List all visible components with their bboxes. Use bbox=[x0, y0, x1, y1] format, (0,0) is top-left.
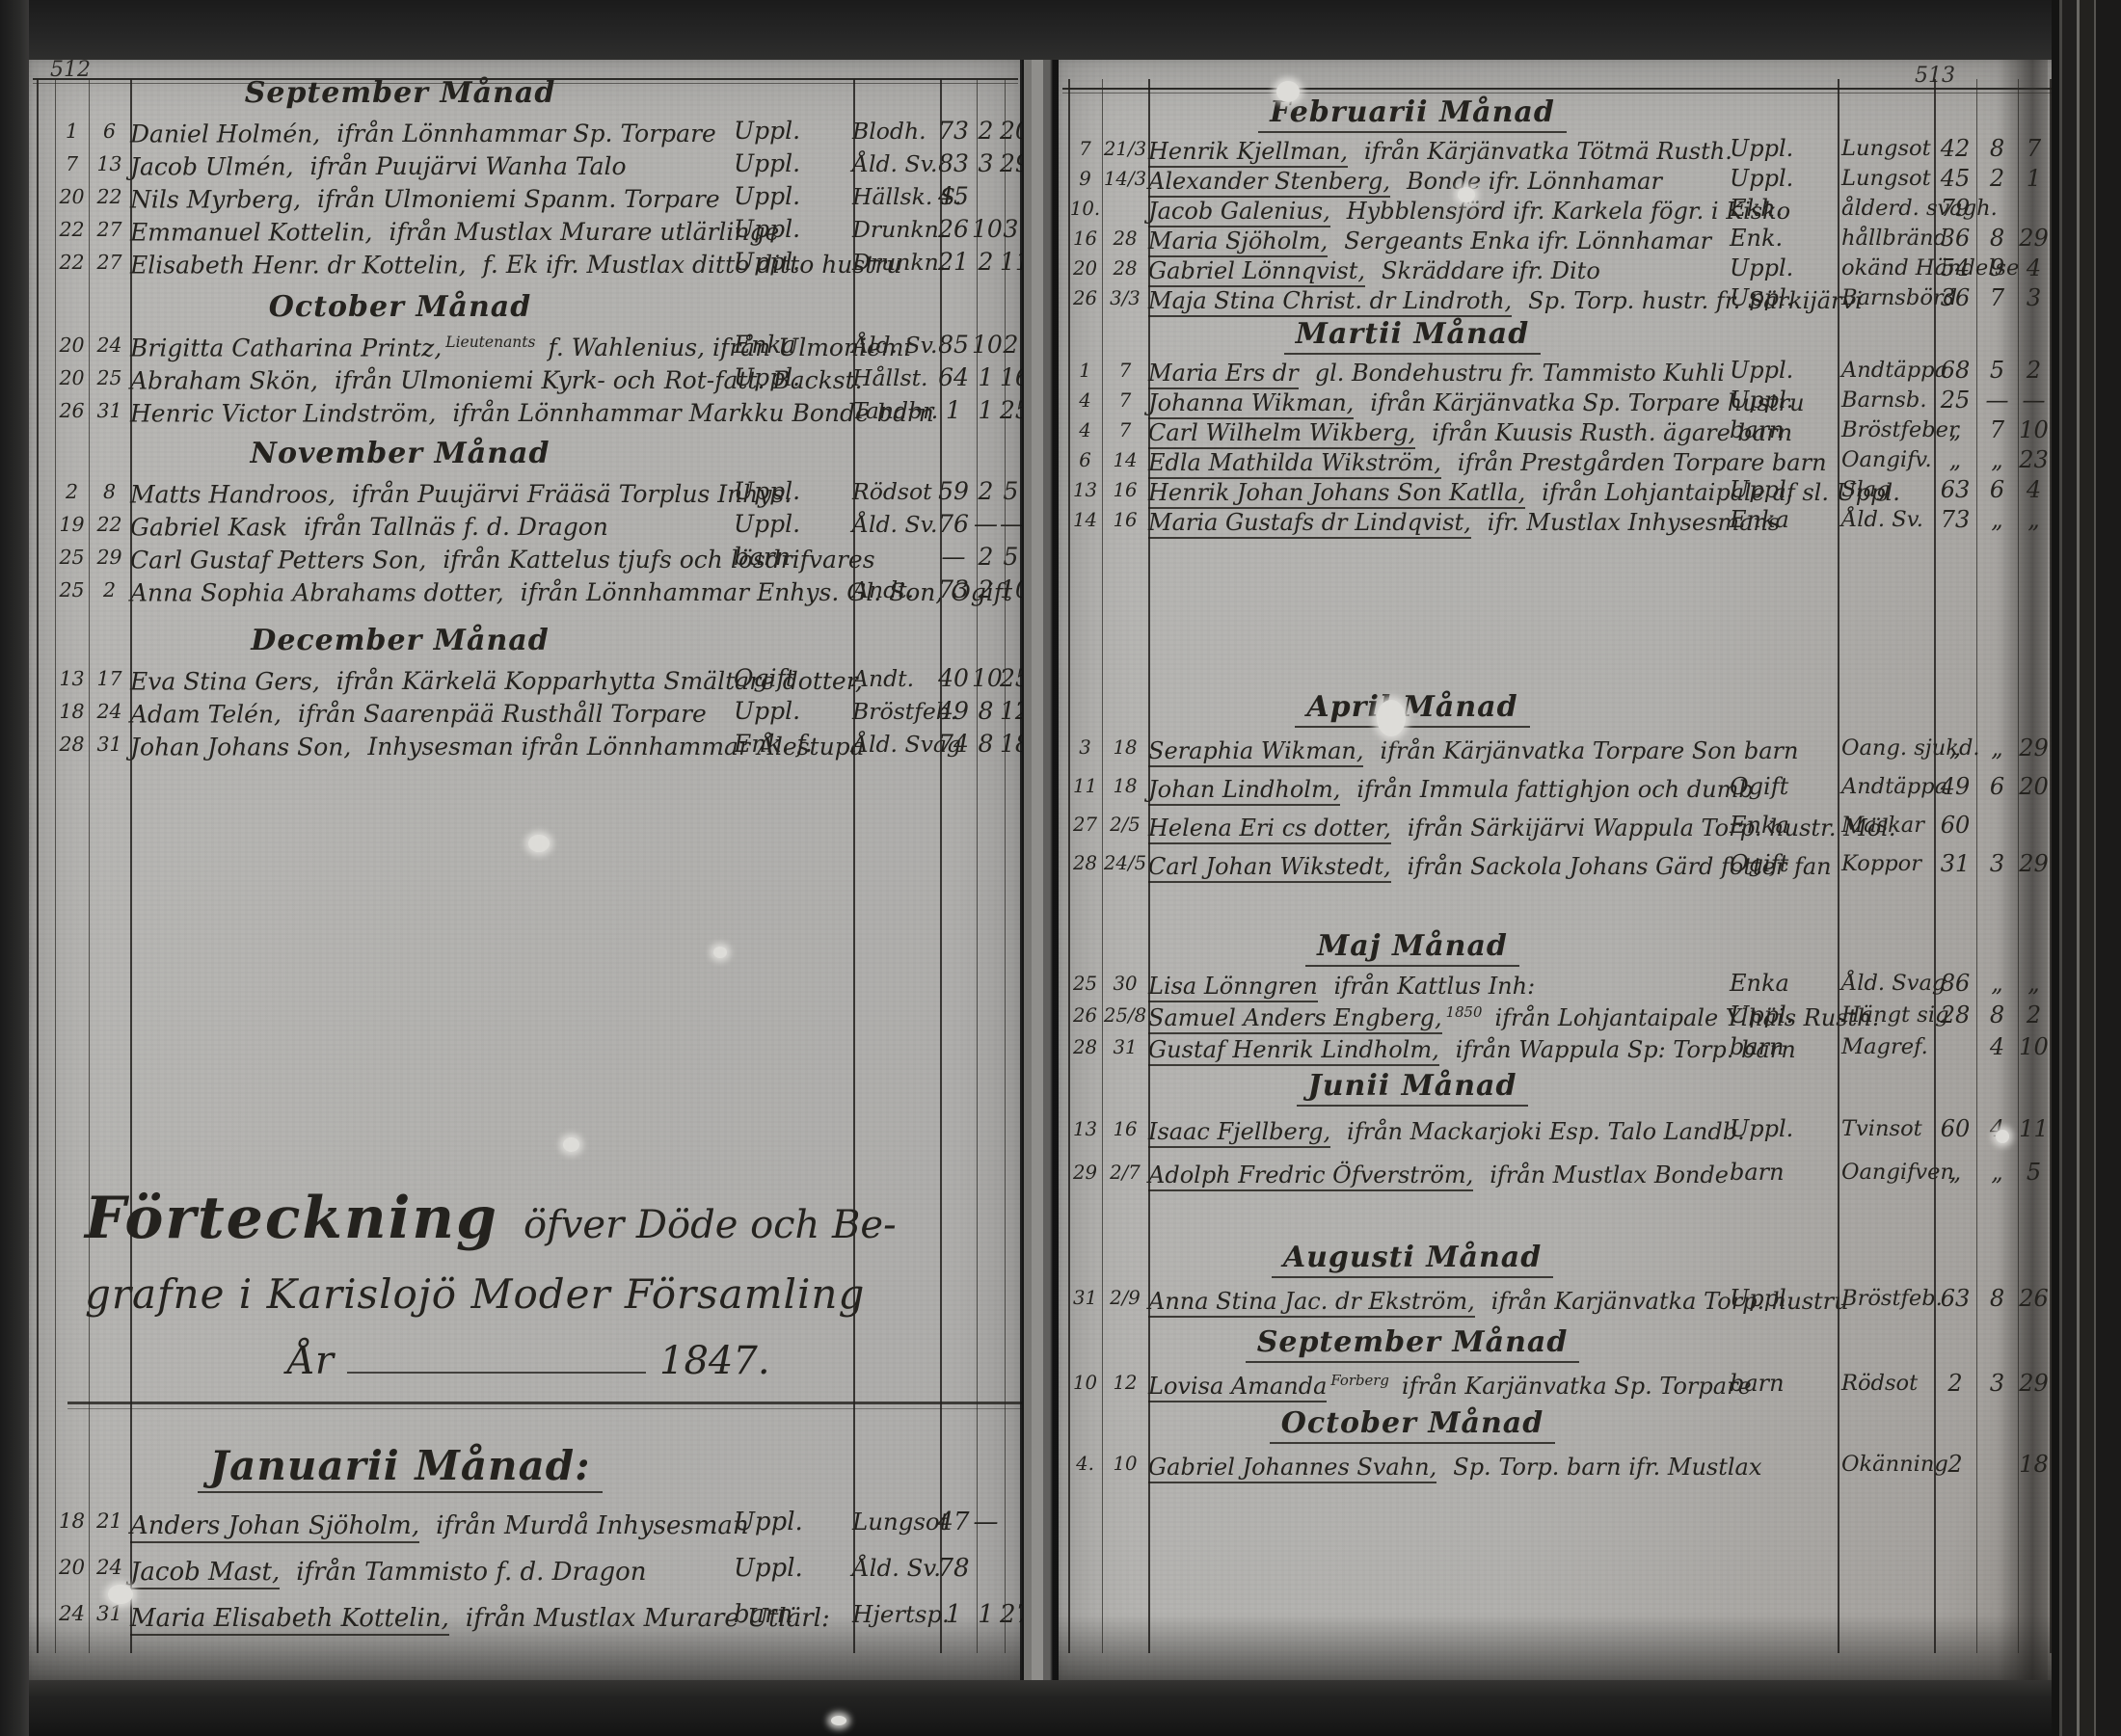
age-months: 1 bbox=[972, 361, 1000, 394]
register-row: 2625/8Samuel Anders Engberg,1850ifrån Lo… bbox=[1059, 997, 2055, 1028]
burial-date: 27 bbox=[89, 213, 130, 246]
register-row: 2024Jacob Mast,ifrån Tammisto f. d. Drag… bbox=[29, 1542, 1022, 1589]
person-name: Carl Gustaf Petters Son, bbox=[130, 546, 426, 574]
entry-description: ifrån Kärjänvatka Torpare Son barn bbox=[1380, 737, 1798, 764]
age-months: 6 bbox=[1976, 475, 2018, 505]
death-date: 7 bbox=[55, 147, 89, 180]
register-row: 252Anna Sophia Abrahams dotter,ifrån Lön… bbox=[29, 571, 1022, 603]
cause-of-death: Hållst. bbox=[848, 361, 935, 394]
age-days: 10 bbox=[2018, 1031, 2050, 1063]
death-date: 28 bbox=[1068, 1031, 1102, 1063]
age-days: 10 bbox=[2018, 415, 2050, 445]
death-date: 18 bbox=[55, 1499, 89, 1545]
person-name: Maria Gustafs dr Lindqvist, bbox=[1148, 509, 1471, 539]
age-years: 73 bbox=[1934, 505, 1976, 535]
age-days: 11 bbox=[2018, 1108, 2050, 1151]
title-line2: grafne i Karislojö Moder Församling bbox=[85, 1259, 1022, 1330]
age-years: 45 bbox=[935, 180, 972, 213]
paper-damage-spot bbox=[1996, 1130, 2009, 1143]
age-months: „ bbox=[1976, 729, 2018, 767]
entry-text: Anna Stina Jac. dr Ekström,ifrån Karjänv… bbox=[1148, 1276, 1724, 1321]
death-date: 26 bbox=[1068, 1000, 1102, 1031]
cause-of-death: Andt. bbox=[848, 662, 935, 695]
person-name: Johan Johans Son, bbox=[130, 733, 351, 761]
death-date: 4. bbox=[1068, 1445, 1102, 1483]
entry-description: ifrån Tallnäs f. d. Dragon bbox=[304, 513, 608, 541]
age-days: 3 bbox=[1000, 213, 1022, 246]
person-name: Jacob Mast, bbox=[130, 1558, 280, 1589]
month-header-text: September Månad bbox=[1246, 1325, 1580, 1363]
death-date: 18 bbox=[55, 695, 89, 728]
cause-of-death: Hjertsp. bbox=[848, 1591, 935, 1638]
age-years: 25 bbox=[1934, 386, 1976, 415]
page-right: 513 Februarii Månad721/3Henrik Kjellman,… bbox=[1059, 60, 2055, 1682]
month-header: September Månad bbox=[1059, 1324, 2055, 1361]
age-years: 2 bbox=[1934, 1445, 1976, 1483]
scan-border-left bbox=[0, 0, 29, 1736]
register-row: 17Maria Ers drgl. Bondehustru fr. Tammis… bbox=[1059, 353, 2055, 383]
book-scan: 512 September Månad16Daniel Holmén,ifrån… bbox=[0, 0, 2121, 1736]
month-header-text: December Månad bbox=[251, 624, 549, 657]
burial-date: 13 bbox=[89, 147, 130, 180]
paper-damage-spot bbox=[563, 1137, 579, 1152]
person-name: Elisabeth Henr. dr Kottelin, bbox=[130, 251, 467, 279]
entry-text: Johan Johans Son,Inhysesman ifrån Lönnha… bbox=[130, 725, 728, 763]
age-months: „ bbox=[1976, 445, 2018, 475]
death-date: 3 bbox=[1068, 729, 1102, 767]
month-header: Maj Månad bbox=[1059, 928, 2055, 965]
person-name: Emmanuel Kottelin, bbox=[130, 218, 373, 246]
title-line3: År1847. bbox=[85, 1330, 1022, 1392]
register-row: 2028Gabriel Lönnqvist,Skräddare ifr. Dit… bbox=[1059, 251, 2055, 280]
cause-of-death: Åld. Sv. bbox=[848, 508, 935, 541]
register-row: 2227Elisabeth Henr. dr Kottelin,f. Ek if… bbox=[29, 243, 1022, 276]
death-date: 13 bbox=[55, 662, 89, 695]
person-name: Eva Stina Gers, bbox=[130, 667, 320, 695]
age-days: — bbox=[1000, 508, 1022, 541]
age-years: 73 bbox=[935, 115, 972, 147]
cause-of-death: Slag bbox=[1838, 475, 1934, 505]
title-year-value: 1847. bbox=[659, 1339, 770, 1383]
burial-date: 31 bbox=[89, 394, 130, 427]
burial-date: 2/5 bbox=[1102, 806, 1148, 844]
entry-description: ifrån Puujärvi Frääsä Torplus Inhys. bbox=[352, 480, 792, 508]
age-years: 21 bbox=[935, 246, 972, 279]
age-days: 20 bbox=[1000, 115, 1022, 147]
age-days: 3 bbox=[2018, 283, 2050, 313]
age-years: 28 bbox=[1934, 1000, 1976, 1031]
month-section: October Månad4.10Gabriel Johannes Svahn,… bbox=[1059, 1405, 2055, 1481]
entry-text: Maria Elisabeth Kottelin,ifrån Mustlax M… bbox=[130, 1589, 728, 1642]
status-abbrev: Uppl. bbox=[728, 180, 848, 213]
cause-of-death: Lungsot bbox=[1838, 164, 1934, 194]
title-horizontal-rule bbox=[67, 1402, 1022, 1409]
cause-of-death: Maskar bbox=[1838, 806, 1934, 844]
burial-date: 16 bbox=[1102, 1108, 1148, 1151]
title-line1-rest: öfver Döde och Be- bbox=[524, 1203, 897, 1247]
cause-of-death: Lungsot bbox=[848, 1499, 935, 1545]
register-row: 2024Brigitta Catharina Printz,Lieutenant… bbox=[29, 326, 1022, 359]
death-date: 29 bbox=[1068, 1151, 1102, 1194]
scan-border-top bbox=[0, 0, 2121, 60]
cause-of-death: Åld. Sv. bbox=[848, 147, 935, 180]
register-row: 1416Maria Gustafs dr Lindqvist,ifr. Must… bbox=[1059, 502, 2055, 532]
age-years: 73 bbox=[935, 574, 972, 606]
age-months: 10 bbox=[972, 213, 1000, 246]
entry-text: Jacob Mast,ifrån Tammisto f. d. Dragon bbox=[130, 1542, 728, 1595]
age-months: 2 bbox=[972, 246, 1000, 279]
cause-of-death: Lungsot bbox=[1838, 134, 1934, 164]
age-years: 1 bbox=[935, 394, 972, 427]
age-days: 4 bbox=[2018, 475, 2050, 505]
death-date: 13 bbox=[1068, 475, 1102, 505]
age-months: 2 bbox=[972, 115, 1000, 147]
cause-of-death: Okänning bbox=[1838, 1445, 1934, 1483]
age-months: 8 bbox=[1976, 1000, 2018, 1031]
month-header-text: April Månad bbox=[1295, 690, 1529, 728]
paper-damage-spot bbox=[1377, 700, 1406, 736]
burial-date: 24/5 bbox=[1102, 844, 1148, 883]
register-row: 312/9Anna Stina Jac. dr Ekström,ifrån Ka… bbox=[1059, 1276, 2055, 1315]
cause-of-death: Tandbr. bbox=[848, 394, 935, 427]
age-days: 29 bbox=[2018, 1364, 2050, 1402]
status-abbrev: Uppl. bbox=[728, 213, 848, 246]
age-years: „ bbox=[1934, 415, 1976, 445]
cause-of-death: Hällsk. S. bbox=[848, 180, 935, 213]
age-years: 74 bbox=[935, 728, 972, 761]
death-date: 24 bbox=[55, 1591, 89, 1638]
age-months: „ bbox=[1976, 505, 2018, 535]
age-days: 20 bbox=[2018, 767, 2050, 806]
age-years: 42 bbox=[1934, 134, 1976, 164]
burial-date: 10 bbox=[1102, 1445, 1148, 1483]
age-years: 63 bbox=[1934, 475, 1976, 505]
burial-date: 16 bbox=[1102, 475, 1148, 505]
age-years: 68 bbox=[1934, 356, 1976, 386]
age-years: 83 bbox=[935, 147, 972, 180]
death-date: 20 bbox=[1068, 254, 1102, 283]
burial-date: 22 bbox=[89, 180, 130, 213]
status-abbrev: Enka bbox=[1724, 968, 1838, 1000]
cause-of-death: Drunkn. bbox=[848, 213, 935, 246]
death-date: 25 bbox=[55, 574, 89, 606]
month-section: Februarii Månad721/3Henrik Kjellman,ifrå… bbox=[1059, 94, 2055, 310]
death-date: 14 bbox=[1068, 505, 1102, 535]
cause-of-death: ålderd. svagh. bbox=[1838, 194, 1934, 224]
age-years: 36 bbox=[1934, 283, 1976, 313]
cause-of-death: Bröstfeb. bbox=[848, 695, 935, 728]
burial-date: 27 bbox=[89, 246, 130, 279]
age-months: 9 bbox=[1976, 254, 2018, 283]
person-name: Maja Stina Christ. dr Lindroth, bbox=[1148, 287, 1512, 317]
cause-of-death: okänd Händelse bbox=[1838, 254, 1934, 283]
month-header-text: November Månad bbox=[251, 437, 550, 470]
burial-date: 28 bbox=[1102, 254, 1148, 283]
person-name: Gustaf Henrik Lindholm, bbox=[1148, 1036, 1439, 1066]
death-date: 19 bbox=[55, 508, 89, 541]
entry-description: ifrån Mustlax Bonde bbox=[1490, 1162, 1729, 1188]
status-abbrev: Uppl. bbox=[1724, 386, 1838, 415]
burial-date: 24 bbox=[89, 695, 130, 728]
person-name: Isaac Fjellberg, bbox=[1148, 1118, 1330, 1148]
entry-description: Sp. Torp. barn ifr. Mustlax bbox=[1453, 1454, 1761, 1481]
person-name: Maria Elisabeth Kottelin, bbox=[130, 1604, 449, 1636]
entry-text: Gustaf Henrik Lindholm,ifrån Wappula Sp:… bbox=[1148, 1028, 1724, 1066]
status-abbrev: Uppl. bbox=[1724, 254, 1838, 283]
cause-of-death: Bröstfeber bbox=[1838, 415, 1934, 445]
entry-description: ifrån Saarenpää Rusthåll Torpare bbox=[298, 700, 707, 728]
title-underline-segment bbox=[347, 1339, 646, 1374]
age-years: 63 bbox=[1934, 1279, 1976, 1318]
age-years: „ bbox=[1934, 445, 1976, 475]
entry-text: Gabriel Johannes Svahn,Sp. Torp. barn if… bbox=[1148, 1442, 1724, 1486]
month-header: December Månad bbox=[29, 623, 1022, 659]
register-row: 1821Anders Johan Sjöholm,ifrån Murdå Inh… bbox=[29, 1496, 1022, 1542]
register-row: 2631Henric Victor Lindström,ifrån Lönnha… bbox=[29, 391, 1022, 424]
status-abbrev: Ekh. bbox=[1724, 194, 1838, 224]
cause-of-death: Oang. sjukd. bbox=[1838, 729, 1934, 767]
burial-date: 18 bbox=[1102, 767, 1148, 806]
entry-text: Isaac Fjellberg,ifrån Mackarjoki Esp. Ta… bbox=[1148, 1105, 1724, 1154]
age-years: 26 bbox=[935, 213, 972, 246]
status-abbrev: barn bbox=[1724, 1031, 1838, 1063]
age-years: 40 bbox=[935, 662, 972, 695]
entry-text: Elisabeth Henr. dr Kottelin,f. Ek ifr. M… bbox=[130, 243, 728, 281]
month-header: April Månad bbox=[1059, 689, 2055, 726]
age-months: 3 bbox=[972, 147, 1000, 180]
month-header: Martii Månad bbox=[1059, 316, 2055, 353]
register-row: 10.Jacob Galenius,Hybblensförd ifr. Kark… bbox=[1059, 191, 2055, 221]
register-row: 2227Emmanuel Kottelin,ifrån Mustlax Mura… bbox=[29, 210, 1022, 243]
status-abbrev: Uppl. bbox=[728, 1499, 848, 1545]
burial-date: 24 bbox=[89, 329, 130, 361]
register-row: 2831Gustaf Henrik Lindholm,ifrån Wappula… bbox=[1059, 1028, 2055, 1060]
paper-damage-spot bbox=[1276, 81, 1300, 102]
age-years: 60 bbox=[1934, 1108, 1976, 1151]
burial-date: 2/7 bbox=[1102, 1151, 1148, 1194]
cause-of-death: Andtäppa bbox=[1838, 767, 1934, 806]
death-date: 2 bbox=[55, 475, 89, 508]
death-date: 9 bbox=[1068, 164, 1102, 194]
burial-date: 8 bbox=[89, 475, 130, 508]
entry-description: ifrån Mackarjoki Esp. Talo Landb. bbox=[1347, 1118, 1745, 1145]
death-date: 20 bbox=[55, 361, 89, 394]
register-row: 2025Abraham Skön,ifrån Ulmoniemi Kyrk- o… bbox=[29, 359, 1022, 391]
person-name: Brigitta Catharina Printz, bbox=[130, 334, 442, 361]
page-left: 512 September Månad16Daniel Holmén,ifrån… bbox=[29, 60, 1022, 1682]
entry-description: ifrån Mustlax Murare utlärlinge bbox=[389, 218, 780, 246]
book-gutter bbox=[1020, 0, 1059, 1736]
age-days: 12 bbox=[1000, 695, 1022, 728]
age-years: 64 bbox=[935, 361, 972, 394]
cause-of-death: Tvinsot bbox=[1838, 1108, 1934, 1151]
entry-description: ifrån Ulmoniemi Spanm. Torpare bbox=[317, 185, 720, 213]
age-years: 2 bbox=[1934, 1364, 1976, 1402]
death-date: 22 bbox=[55, 213, 89, 246]
status-abbrev: barn bbox=[728, 541, 848, 574]
age-years: 45 bbox=[1934, 164, 1976, 194]
register-row: 47Johanna Wikman,ifrån Kärjänvatka Sp. T… bbox=[1059, 383, 2055, 413]
age-years: 76 bbox=[935, 508, 972, 541]
month-header-text: Junii Månad bbox=[1297, 1069, 1529, 1107]
status-abbrev: Uppl. bbox=[728, 1545, 848, 1591]
status-abbrev: Uppl. bbox=[728, 147, 848, 180]
inserted-note: Lieutenants bbox=[445, 334, 535, 351]
death-date: 6 bbox=[1068, 445, 1102, 475]
status-abbrev: Uppl. bbox=[728, 508, 848, 541]
register-row: 614Edla Mathilda Wikström,ifrån Prestgår… bbox=[1059, 442, 2055, 472]
death-date: 1 bbox=[1068, 356, 1102, 386]
age-days: 7 bbox=[2018, 134, 2050, 164]
age-months: 10 bbox=[972, 662, 1000, 695]
age-months: 8 bbox=[972, 728, 1000, 761]
age-years: 86 bbox=[1934, 968, 1976, 1000]
entry-text: Henric Victor Lindström,ifrån Lönnhammar… bbox=[130, 391, 728, 430]
register-row: 2431Maria Elisabeth Kottelin,ifrån Mustl… bbox=[29, 1589, 1022, 1635]
death-date: 26 bbox=[1068, 283, 1102, 313]
death-date: 4 bbox=[1068, 386, 1102, 415]
cause-of-death: Koppor bbox=[1838, 844, 1934, 883]
age-days: 4 bbox=[2018, 254, 2050, 283]
burial-date: 31 bbox=[89, 728, 130, 761]
person-name: Gabriel Kask bbox=[130, 513, 287, 541]
person-name: Matts Handroos, bbox=[130, 480, 336, 508]
age-months: 3 bbox=[1976, 1364, 2018, 1402]
paper-damage-spot bbox=[713, 947, 727, 958]
age-months: 2 bbox=[972, 574, 1000, 606]
entry-description: ifrån Tammisto f. d. Dragon bbox=[296, 1558, 646, 1587]
register-row: 1317Eva Stina Gers,ifrån Kärkelä Kopparh… bbox=[29, 659, 1022, 692]
burial-date: 28 bbox=[1102, 224, 1148, 254]
month-header-text: Augusti Månad bbox=[1272, 1241, 1553, 1278]
burial-date: 16 bbox=[1102, 505, 1148, 535]
burial-date: 17 bbox=[89, 662, 130, 695]
age-months: 1 bbox=[972, 394, 1000, 427]
age-days: 5 bbox=[1000, 475, 1022, 508]
status-abbrev: Uppl. bbox=[1724, 356, 1838, 386]
month-section: November Månad28Matts Handroos,ifrån Puu… bbox=[29, 436, 1022, 603]
age-months: — bbox=[972, 508, 1000, 541]
paper-damage-spot bbox=[831, 1716, 846, 1725]
burial-date: 25 bbox=[89, 361, 130, 394]
age-months: „ bbox=[1976, 1151, 2018, 1194]
title-year-label: År bbox=[287, 1339, 334, 1383]
age-months: 1 bbox=[972, 1591, 1000, 1638]
register-row: 1922Gabriel Kaskifrån Tallnäs f. d. Drag… bbox=[29, 505, 1022, 538]
status-abbrev: Uppl. bbox=[728, 695, 848, 728]
cause-of-death: Bröstfeb. bbox=[1838, 1279, 1934, 1318]
death-date: 28 bbox=[55, 728, 89, 761]
death-date: 26 bbox=[55, 394, 89, 427]
entry-text: Anna Sophia Abrahams dotter,ifrån Lönnha… bbox=[130, 571, 728, 609]
status-abbrev: Ogift bbox=[1724, 844, 1838, 883]
age-months: 4 bbox=[1976, 1108, 2018, 1151]
cause-of-death: Oangifv. bbox=[1838, 445, 1934, 475]
person-name: Daniel Holmén, bbox=[130, 120, 320, 147]
register-row: 263/3Maja Stina Christ. dr Lindroth,Sp. … bbox=[1059, 280, 2055, 310]
age-months: 4 bbox=[1976, 1031, 2018, 1063]
cause-of-death: hållbränd bbox=[1838, 224, 1934, 254]
age-days: 29 bbox=[2018, 224, 2050, 254]
age-days: 26 bbox=[2018, 1279, 2050, 1318]
age-days: „ bbox=[2018, 505, 2050, 535]
person-name: Nils Myrberg, bbox=[130, 185, 301, 213]
burial-date: 22 bbox=[89, 508, 130, 541]
burial-date: 31 bbox=[1102, 1031, 1148, 1063]
age-years: 49 bbox=[1934, 767, 1976, 806]
page-right-content: Februarii Månad721/3Henrik Kjellman,ifrå… bbox=[1059, 60, 2055, 1481]
age-months: 8 bbox=[1976, 1279, 2018, 1318]
entry-text: Adolph Fredric Öfverström,ifrån Mustlax … bbox=[1148, 1148, 1724, 1197]
age-years: 59 bbox=[935, 475, 972, 508]
age-days: 27 bbox=[1000, 1591, 1022, 1638]
status-abbrev: Uppl. bbox=[1724, 134, 1838, 164]
person-name: Henric Victor Lindström, bbox=[130, 399, 436, 427]
age-years: — bbox=[935, 541, 972, 574]
death-date: 25 bbox=[55, 541, 89, 574]
death-date: 16 bbox=[1068, 224, 1102, 254]
burial-date: 2/9 bbox=[1102, 1279, 1148, 1318]
person-name: Gabriel Johannes Svahn, bbox=[1148, 1454, 1436, 1483]
person-name: Jacob Ulmén, bbox=[130, 152, 294, 180]
register-row: 47Carl Wilhelm Wikberg,ifrån Kuusis Rust… bbox=[1059, 413, 2055, 442]
scan-border-bottom bbox=[0, 1680, 2121, 1736]
person-name: Anna Sophia Abrahams dotter, bbox=[130, 578, 504, 606]
age-days: 2 bbox=[1000, 329, 1022, 361]
cause-of-death: Åld. Svag bbox=[1838, 968, 1934, 1000]
month-header-text: October Månad bbox=[1270, 1406, 1555, 1444]
age-years: 79 bbox=[1934, 194, 1976, 224]
cause-of-death: Åld. Svag bbox=[848, 728, 935, 761]
register-row: 2831Johan Johans Son,Inhysesman ifrån Lö… bbox=[29, 725, 1022, 758]
month-section: Augusti Månad312/9Anna Stina Jac. dr Eks… bbox=[1059, 1240, 2055, 1315]
paper-damage-spot bbox=[108, 1585, 133, 1604]
age-days: 16 bbox=[1000, 361, 1022, 394]
register-row: 2824/5Carl Johan Wikstedt,ifrån Sackola … bbox=[1059, 841, 2055, 880]
death-date: 22 bbox=[55, 246, 89, 279]
register-row: 4.10Gabriel Johannes Svahn,Sp. Torp. bar… bbox=[1059, 1442, 2055, 1481]
register-row: 1316Isaac Fjellberg,ifrån Mackarjoki Esp… bbox=[1059, 1105, 2055, 1148]
register-row: 1012Lovisa AmandaForbergifrån Karjänvatk… bbox=[1059, 1361, 2055, 1400]
status-abbrev: Enka bbox=[728, 329, 848, 361]
inserted-note: 1850 bbox=[1446, 1003, 1483, 1021]
month-header-text: October Månad bbox=[269, 290, 531, 324]
entry-text: Maria Gustafs dr Lindqvist,ifr. Mustlax … bbox=[1148, 502, 1724, 538]
register-row: 914/3Alexander Stenberg,Bonde ifr. Lönnh… bbox=[1059, 161, 2055, 191]
month-header-text: Januarii Månad: bbox=[198, 1442, 602, 1493]
month-header-text: September Månad bbox=[245, 76, 556, 110]
death-date: 13 bbox=[1068, 1108, 1102, 1151]
register-row: 1628Maria Sjöholm,Sergeants Enka ifr. Lö… bbox=[1059, 221, 2055, 251]
month-header: Junii Månad bbox=[1059, 1068, 2055, 1105]
month-section: October Månad2024Brigitta Catharina Prin… bbox=[29, 289, 1022, 424]
cause-of-death: Barnsb. bbox=[1838, 386, 1934, 415]
cause-of-death: Blodh. bbox=[848, 115, 935, 147]
paper-damage-spot bbox=[1458, 187, 1475, 202]
month-header: October Månad bbox=[1059, 1405, 2055, 1442]
cause-of-death: Åld. Sv. bbox=[1838, 505, 1934, 535]
age-years: 36 bbox=[1934, 224, 1976, 254]
status-abbrev: Uppl. bbox=[1724, 1000, 1838, 1031]
burial-date: 14 bbox=[1102, 445, 1148, 475]
burial-date: 21 bbox=[89, 1499, 130, 1545]
burial-date: 18 bbox=[1102, 729, 1148, 767]
cause-of-death: Magref. bbox=[1838, 1031, 1934, 1063]
register-row: 713Jacob Ulmén,ifrån Puujärvi Wanha Talo… bbox=[29, 145, 1022, 177]
death-date: 20 bbox=[55, 180, 89, 213]
age-days: 25 bbox=[1000, 394, 1022, 427]
status-abbrev: Enka bbox=[1724, 505, 1838, 535]
